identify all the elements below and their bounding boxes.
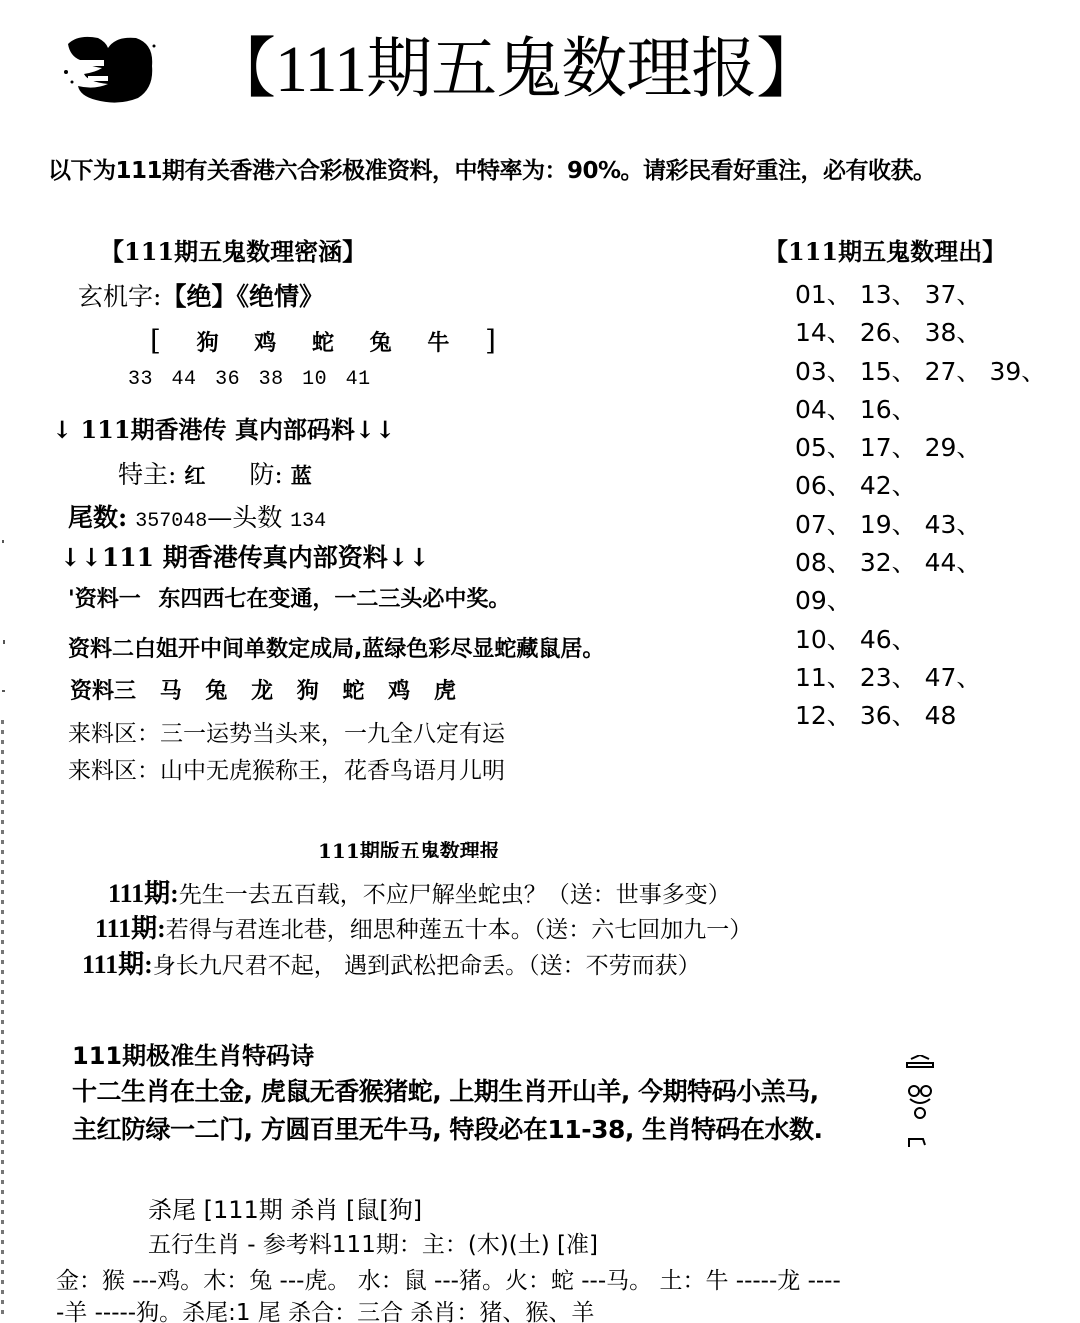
bracket-close: ] bbox=[485, 324, 504, 357]
section1-heading: ↓ 111期香港传 真内部码料↓↓ bbox=[52, 410, 395, 445]
tezhu-label: 特主: bbox=[118, 460, 176, 489]
list-item: 12、36、48 bbox=[795, 697, 1054, 735]
poem-prefix: 111期: bbox=[95, 914, 166, 943]
laiqu-line-2: 来料区：山中无虎猴称王，花香鸟语月儿明 bbox=[68, 752, 505, 785]
right-panel-heading: 【111期五鬼数理出】 bbox=[764, 232, 1006, 267]
list-item: 01、13、37、 bbox=[795, 276, 1054, 314]
poem-section-heading: 111期版五鬼数理报 bbox=[318, 836, 500, 858]
ziliao1-line: '资料一 东四西七在变通，一二三头必中奖。 bbox=[68, 582, 510, 613]
ghost-face-logo-icon bbox=[58, 32, 158, 104]
kill-line: 杀尾 [111期 杀肖 [鼠[狗] bbox=[148, 1190, 422, 1225]
xuanji-line: 玄机字:【绝】《绝情》 bbox=[78, 277, 324, 313]
number-item: 38、 bbox=[925, 318, 982, 347]
list-item: 06、42、 bbox=[795, 467, 1054, 505]
zodiac-item: 蛇 bbox=[342, 679, 364, 704]
list-item: 05、17、29、 bbox=[795, 429, 1054, 467]
zodiac-item: 牛 bbox=[427, 330, 457, 356]
weishu-value: 357048 bbox=[135, 510, 207, 533]
number-item: 26、 bbox=[860, 318, 917, 347]
number-item: 17、 bbox=[860, 433, 917, 462]
number-item: 44 bbox=[172, 368, 197, 391]
elements-line-2: -羊 -----狗。杀尾:1 尾 杀合：三合 杀肖：猪、猴、羊 bbox=[56, 1294, 594, 1323]
number-item: 39、 bbox=[989, 357, 1046, 386]
zodiac-item: 鸡 bbox=[388, 679, 410, 704]
zodiac-item: 兔 bbox=[205, 679, 227, 704]
weishu-line: 尾数: 357048—头数 134 bbox=[68, 498, 326, 534]
overlay-sticker-icon bbox=[905, 1055, 935, 1155]
shengxiao-heading: 111期极准生肖特码诗 bbox=[72, 1036, 314, 1071]
list-item: 11、23、47、 bbox=[795, 659, 1054, 697]
number-item: 06、 bbox=[795, 471, 852, 500]
number-item: 05、 bbox=[795, 433, 852, 462]
number-item: 36 bbox=[215, 368, 240, 391]
number-item: 42、 bbox=[860, 471, 917, 500]
number-item: 37、 bbox=[925, 280, 982, 309]
ziliao2-line: 资料二白姐开中间单数定成局,蓝绿色彩尽显蛇藏鼠居。 bbox=[68, 632, 604, 663]
tezhu-value: 红 bbox=[184, 463, 205, 488]
number-item: 48 bbox=[925, 701, 957, 730]
intro-text: 以下为111期有关香港六合彩极准资料，中特率为：90%。请彩民看好重注，必有收获… bbox=[48, 154, 1078, 188]
poem-prefix: 111期: bbox=[108, 879, 179, 908]
number-item: 10、 bbox=[795, 625, 852, 654]
bracket-open: [ bbox=[150, 324, 169, 357]
ziliao1-label: '资料一 bbox=[68, 587, 141, 612]
zodiac-item: 狗 bbox=[297, 679, 319, 704]
section2-heading: ↓↓111 期香港传真内部资料↓↓ bbox=[60, 538, 430, 574]
number-item: 11、 bbox=[795, 663, 852, 692]
number-item: 08、 bbox=[795, 548, 852, 577]
zodiac-item: 鸡 bbox=[254, 330, 284, 356]
zodiac-row: [ 狗 鸡 蛇 兔 牛 ] bbox=[150, 324, 504, 357]
number-item: 32、 bbox=[860, 548, 917, 577]
page-title: 【111期五鬼数理报】 bbox=[210, 30, 821, 110]
number-item: 12、 bbox=[795, 701, 852, 730]
list-item: 09、 bbox=[795, 582, 1054, 620]
ziliao3-label: 资料三 bbox=[70, 679, 136, 704]
toushu-label: —头数 bbox=[207, 503, 282, 532]
number-item: 23、 bbox=[860, 663, 917, 692]
number-list: 01、13、37、 14、26、38、 03、15、27、39、 04、16、 … bbox=[795, 276, 1054, 736]
number-item: 46、 bbox=[860, 625, 917, 654]
weishu-label: 尾数: bbox=[68, 503, 127, 532]
list-item: 04、16、 bbox=[795, 391, 1054, 429]
shengxiao-line-1: 十二生肖在土金, 虎鼠无香猴猪蛇, 上期生肖开山羊, 今期特码小羔马, bbox=[72, 1072, 819, 1108]
xuanji-value: 【绝】《绝情》 bbox=[161, 282, 324, 311]
number-item: 19、 bbox=[860, 510, 917, 539]
list-item: 07、19、43、 bbox=[795, 506, 1054, 544]
laiqu-line-1: 来料区：三一运势当头来，一九全八定有运 bbox=[68, 715, 505, 748]
tezhu-line: 特主: 红 防: 蓝 bbox=[118, 455, 312, 491]
number-item: 33 bbox=[128, 368, 153, 391]
poem-text: 若得与君连北巷，细思种莲五十本。（送：六七回加九一） bbox=[166, 917, 753, 943]
zodiac-item: 虎 bbox=[434, 679, 456, 704]
list-item: 14、26、38、 bbox=[795, 314, 1054, 352]
left-panel-heading: 【111期五鬼数理密涵】 bbox=[100, 232, 366, 267]
ziliao3-line: 资料三 马 兔 龙 狗 蛇 鸡 虎 bbox=[70, 674, 456, 705]
zodiac-item: 兔 bbox=[370, 330, 400, 356]
zodiac-item: 龙 bbox=[251, 679, 273, 704]
poem-line: 111期:先生一去五百载，不应尸解坐蛇虫？（送：世事多变） bbox=[108, 873, 731, 910]
poem-line: 111期:身长九尺君不起， 遇到武松把命丢。（送：不劳而获） bbox=[82, 944, 701, 981]
number-item: 07、 bbox=[795, 510, 852, 539]
zodiac-item: 马 bbox=[160, 679, 182, 704]
number-item: 03、 bbox=[795, 357, 852, 386]
poem-text: 身长九尺君不起， 遇到武松把命丢。（送：不劳而获） bbox=[153, 953, 701, 979]
number-item: 16、 bbox=[860, 395, 917, 424]
number-item: 36、 bbox=[860, 701, 917, 730]
poem-text: 先生一去五百载，不应尸解坐蛇虫？（送：世事多变） bbox=[179, 882, 731, 908]
fang-label: 防: bbox=[249, 460, 282, 489]
number-item: 04、 bbox=[795, 395, 852, 424]
zodiac-item: 蛇 bbox=[312, 330, 342, 356]
number-item: 29、 bbox=[925, 433, 982, 462]
number-item: 41 bbox=[346, 368, 371, 391]
list-item: 10、46、 bbox=[795, 621, 1054, 659]
number-item: 15、 bbox=[860, 357, 917, 386]
number-item: 38 bbox=[259, 368, 284, 391]
toushu-value: 134 bbox=[290, 510, 326, 533]
zodiac-item: 狗 bbox=[197, 330, 227, 356]
wuxing-line: 五行生肖 - 参考料111期：主：(木)(土) [准] bbox=[148, 1226, 598, 1259]
fang-value: 蓝 bbox=[291, 463, 312, 488]
list-item: 08、32、44、 bbox=[795, 544, 1054, 582]
shengxiao-line-2: 主红防绿一二门, 方圆百里无牛马, 特段必在11-38, 生肖特码在水数. bbox=[72, 1110, 823, 1146]
number-row: 33 44 36 38 10 41 bbox=[128, 368, 371, 391]
ziliao1-text: 东四西七在变通，一二三头必中奖。 bbox=[158, 587, 510, 612]
number-item: 44、 bbox=[925, 548, 982, 577]
list-item: 03、15、27、39、 bbox=[795, 353, 1054, 391]
number-item: 13、 bbox=[860, 280, 917, 309]
number-item: 01、 bbox=[795, 280, 852, 309]
number-item: 27、 bbox=[925, 357, 982, 386]
number-item: 14、 bbox=[795, 318, 852, 347]
number-item: 43、 bbox=[925, 510, 982, 539]
elements-line-1: 金：猴 ---鸡。木：兔 ---虎。 水：鼠 ---猪。火：蛇 ---马。 土：… bbox=[56, 1262, 841, 1295]
number-item: 10 bbox=[302, 368, 327, 391]
xuanji-label: 玄机字: bbox=[78, 282, 161, 311]
poem-line: 111期:若得与君连北巷，细思种莲五十本。（送：六七回加九一） bbox=[95, 908, 752, 945]
number-item: 09、 bbox=[795, 586, 852, 615]
number-item: 47、 bbox=[925, 663, 982, 692]
scan-edge-divider bbox=[0, 520, 14, 1323]
poem-prefix: 111期: bbox=[82, 950, 153, 979]
